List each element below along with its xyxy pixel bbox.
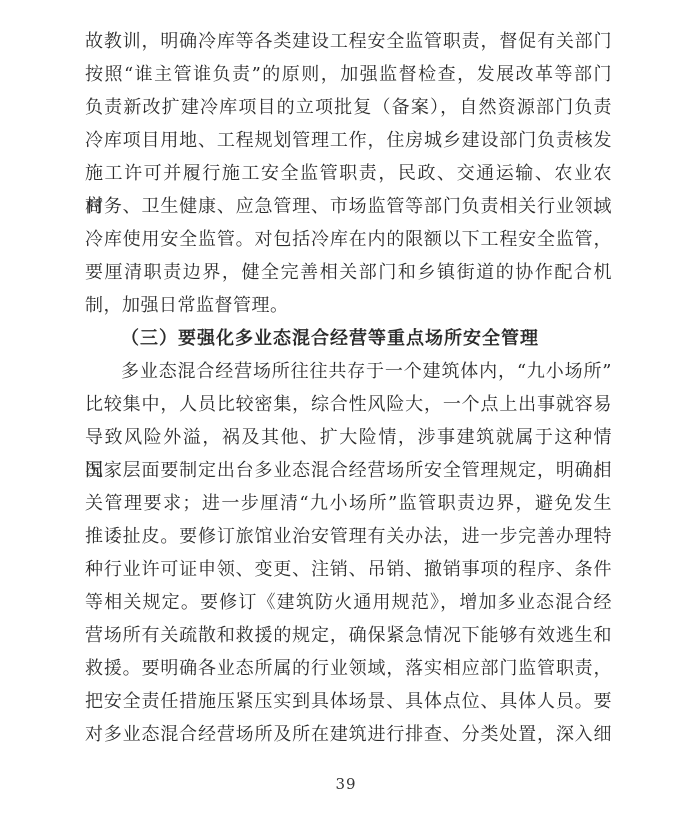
body-line-21: 把安全责任措施压紧压实到具体场景、具体点位、具体人员。要 bbox=[85, 685, 612, 718]
page-number: 39 bbox=[0, 773, 692, 795]
body-line-19: 营场所有关疏散和救援的规定，确保紧急情况下能够有效逃生和 bbox=[85, 619, 612, 652]
body-line-20: 救援。要明确各业态所属的行业领域，落实相应部门监管职责， bbox=[85, 652, 612, 685]
body-line-13: 导致风险外溢，祸及其他、扩大险情，涉事建筑就属于这种情况。 bbox=[85, 421, 612, 454]
body-line-16: 推诿扯皮。要修订旅馆业治安管理有关办法，进一步完善办理特 bbox=[85, 520, 612, 553]
body-line-14: 国家层面要制定出台多业态混合经营场所安全管理规定，明确相 bbox=[85, 454, 612, 487]
body-line-18: 等相关规定。要修订《建筑防火通用规范》，增加多业态混合经 bbox=[85, 586, 612, 619]
body-line-3: 负责新改扩建冷库项目的立项批复（备案），自然资源部门负责 bbox=[85, 91, 612, 124]
body-line-11: 多业态混合经营场所往往共存于一个建筑体内，“九小场所” bbox=[85, 355, 612, 388]
body-line-4: 冷库项目用地、工程规划管理工作，住房城乡建设部门负责核发 bbox=[85, 124, 612, 157]
body-line-1: 故教训，明确冷库等各类建设工程安全监管职责，督促有关部门 bbox=[85, 25, 612, 58]
document-text-block: 故教训，明确冷库等各类建设工程安全监管职责，督促有关部门 按照“谁主管谁负责”的… bbox=[85, 25, 612, 751]
body-line-5: 施工许可并履行施工安全监管职责，民政、交通运输、农业农村、 bbox=[85, 157, 612, 190]
section-heading: （三）要强化多业态混合经营等重点场所安全管理 bbox=[85, 322, 612, 355]
body-line-7: 冷库使用安全监管。对包括冷库在内的限额以下工程安全监管， bbox=[85, 223, 612, 256]
body-line-8: 要厘清职责边界，健全完善相关部门和乡镇街道的协作配合机 bbox=[85, 256, 612, 289]
body-line-6: 商务、卫生健康、应急管理、市场监管等部门负责相关行业领域 bbox=[85, 190, 612, 223]
body-line-9: 制，加强日常监督管理。 bbox=[85, 289, 612, 322]
body-line-2: 按照“谁主管谁负责”的原则，加强监督检查，发展改革等部门 bbox=[85, 58, 612, 91]
document-page: { "page": { "number": "39", "background_… bbox=[0, 0, 692, 815]
body-line-22: 对多业态混合经营场所及所在建筑进行排查、分类处置，深入细 bbox=[85, 718, 612, 751]
body-line-17: 种行业许可证申领、变更、注销、吊销、撤销事项的程序、条件 bbox=[85, 553, 612, 586]
body-line-15: 关管理要求；进一步厘清“九小场所”监管职责边界，避免发生 bbox=[85, 487, 612, 520]
body-line-12: 比较集中，人员比较密集，综合性风险大，一个点上出事就容易 bbox=[85, 388, 612, 421]
